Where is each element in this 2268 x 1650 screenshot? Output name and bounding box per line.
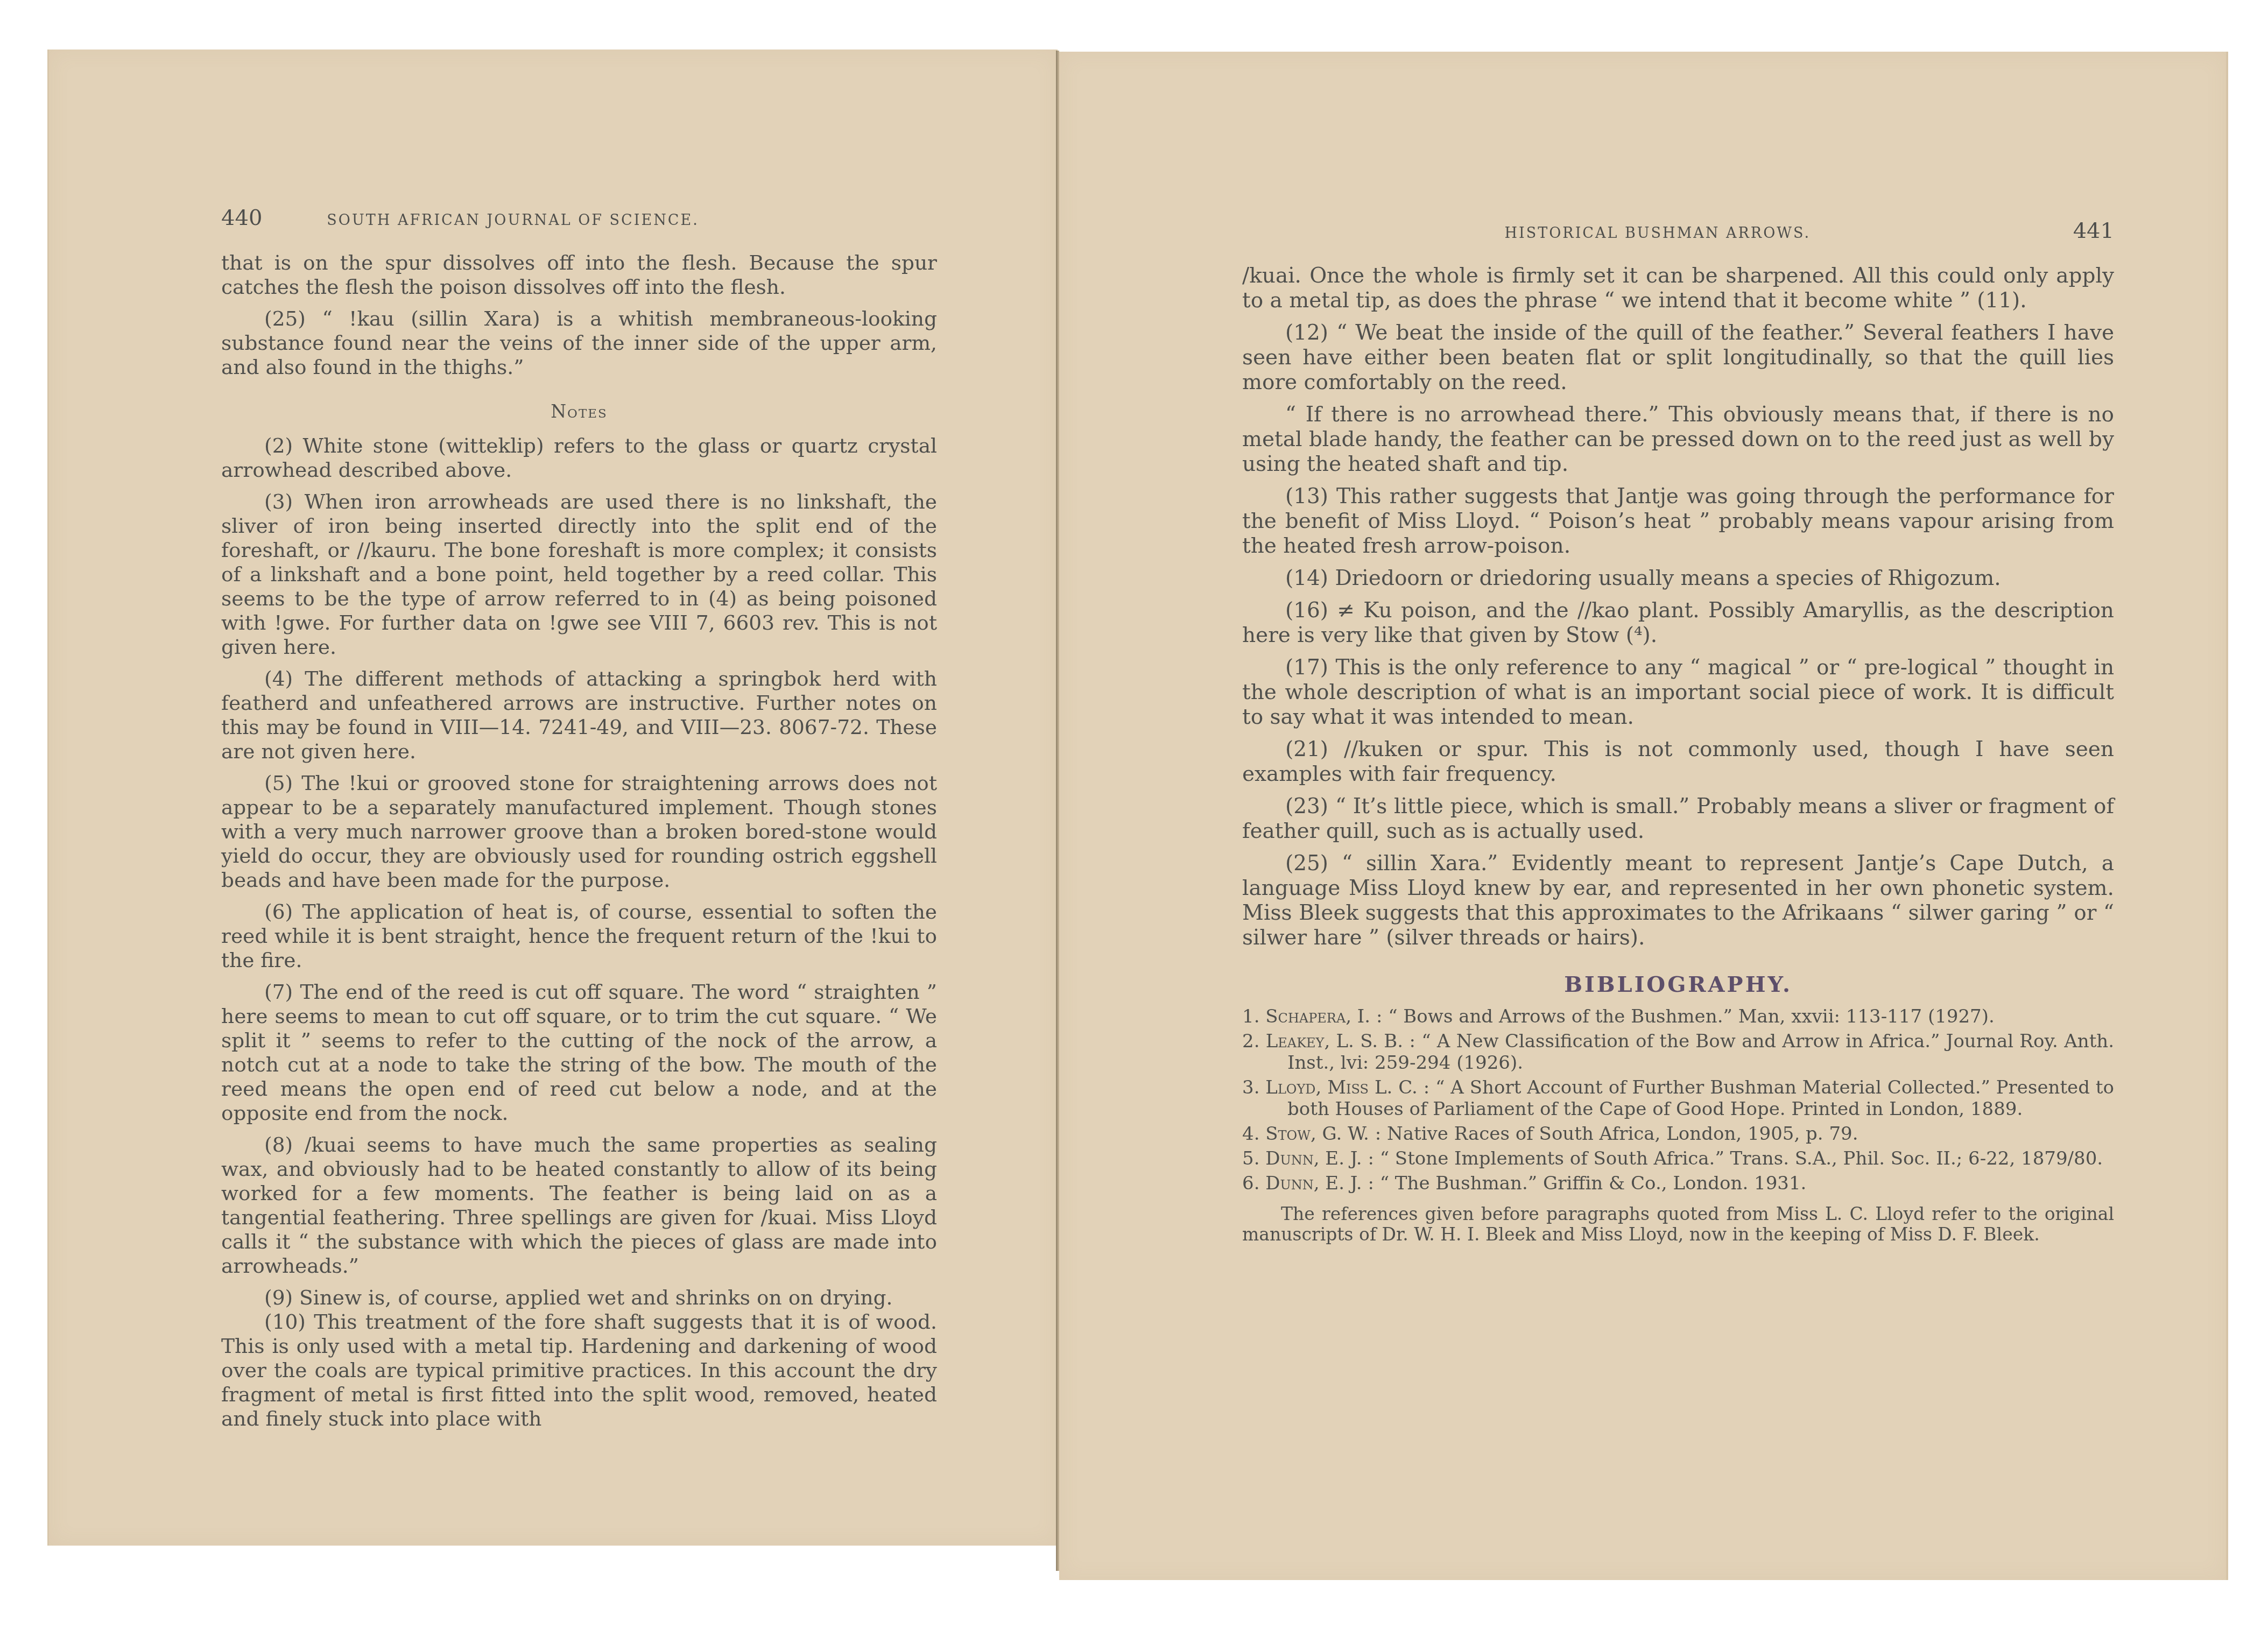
bibliography-entry: 6. Dunn, E. J. : “ The Bushman.” Griffin… (1242, 1173, 2114, 1194)
right-page: HISTORICAL BUSHMAN ARROWS. 441 /kuai. On… (1059, 52, 2228, 1580)
note-paragraph: (25) “ sillin Xara.” Evidently meant to … (1242, 851, 2114, 950)
note-paragraph: (21) //kuken or spur. This is not common… (1242, 737, 2114, 787)
notes-heading: Notes (221, 401, 937, 422)
bibliography-entry: 1. Schapera, I. : “ Bows and Arrows of t… (1242, 1006, 2114, 1027)
entry-author: Leakey, L. S. B. (1266, 1031, 1403, 1052)
bibliography-list: 1. Schapera, I. : “ Bows and Arrows of t… (1242, 1006, 2114, 1194)
entry-citation: : “ The Bushman.” Griffin & Co., London.… (1362, 1173, 1807, 1194)
bibliography-heading: BIBLIOGRAPHY. (1242, 972, 2114, 997)
entry-number: 2. (1242, 1031, 1266, 1052)
closing-note: The references given before paragraphs q… (1242, 1204, 2114, 1245)
entry-number: 6. (1242, 1173, 1265, 1194)
note-paragraph: (4) The different methods of attacking a… (221, 667, 937, 764)
page-number: 441 (2073, 218, 2114, 243)
body-paragraph: that is on the spur dissolves off into t… (221, 251, 937, 299)
note-paragraph: (5) The !kui or grooved stone for straig… (221, 771, 937, 892)
entry-author: Lloyd, Miss L. C. (1265, 1077, 1418, 1098)
left-page-content: 440 SOUTH AFRICAN JOURNAL OF SCIENCE. th… (221, 206, 937, 1439)
bibliography-entry: 4. Stow, G. W. : Native Races of South A… (1242, 1123, 2114, 1145)
note-paragraph: (7) The end of the reed is cut off squar… (221, 980, 937, 1125)
note-paragraph: (10) This treatment of the fore shaft su… (221, 1310, 937, 1431)
running-header-left: 440 SOUTH AFRICAN JOURNAL OF SCIENCE. (221, 206, 937, 230)
entry-citation: : Native Races of South Africa, London, … (1369, 1123, 1858, 1145)
entry-author: Dunn, E. J. (1265, 1173, 1362, 1194)
note-paragraph: (17) This is the only reference to any “… (1242, 655, 2114, 730)
note-paragraph: (16) ≠ Ku poison, and the //kao plant. P… (1242, 598, 2114, 648)
note-paragraph: (2) White stone (witteklip) refers to th… (221, 434, 937, 482)
running-header-right: HISTORICAL BUSHMAN ARROWS. 441 (1242, 218, 2114, 243)
left-page: 440 SOUTH AFRICAN JOURNAL OF SCIENCE. th… (47, 50, 1058, 1546)
entry-author: Stow, G. W. (1265, 1123, 1369, 1145)
bibliography-entry: 2. Leakey, L. S. B. : “ A New Classifica… (1242, 1031, 2114, 1074)
entry-citation: : “ Stone Implements of South Africa.” T… (1362, 1148, 2103, 1169)
entry-citation: : “ Bows and Arrows of the Bushmen.” Man… (1370, 1006, 1995, 1027)
note-paragraph: (13) This rather suggests that Jantje wa… (1242, 484, 2114, 559)
running-head-title: SOUTH AFRICAN JOURNAL OF SCIENCE. (262, 212, 937, 229)
open-book-spread: 440 SOUTH AFRICAN JOURNAL OF SCIENCE. th… (47, 47, 2232, 1578)
entry-number: 4. (1242, 1123, 1265, 1145)
bibliography-entry: 5. Dunn, E. J. : “ Stone Implements of S… (1242, 1148, 2114, 1169)
note-paragraph: (9) Sinew is, of course, applied wet and… (221, 1286, 937, 1310)
bibliography-entry: 3. Lloyd, Miss L. C. : “ A Short Account… (1242, 1077, 2114, 1120)
note-paragraph: “ If there is no arrowhead there.” This … (1242, 403, 2114, 477)
body-paragraph: /kuai. Once the whole is firmly set it c… (1242, 264, 2114, 313)
running-head-title: HISTORICAL BUSHMAN ARROWS. (1242, 225, 2073, 242)
entry-author: Schapera, I. (1265, 1006, 1370, 1027)
entry-citation: : “ A New Classification of the Bow and … (1287, 1031, 2114, 1074)
note-paragraph: (3) When iron arrowheads are used there … (221, 490, 937, 659)
entry-number: 1. (1242, 1006, 1265, 1027)
note-paragraph: (23) “ It’s little piece, which is small… (1242, 794, 2114, 844)
note-paragraph: (6) The application of heat is, of cours… (221, 900, 937, 972)
entry-number: 3. (1242, 1077, 1265, 1098)
note-paragraph: (8) /kuai seems to have much the same pr… (221, 1133, 937, 1278)
right-page-content: HISTORICAL BUSHMAN ARROWS. 441 /kuai. On… (1242, 218, 2114, 1263)
page-number: 440 (221, 206, 262, 230)
entry-number: 5. (1242, 1148, 1265, 1169)
entry-author: Dunn, E. J. (1265, 1148, 1362, 1169)
body-paragraph: (25) “ !kau (sillin Xara) is a whitish m… (221, 307, 937, 379)
note-paragraph: (14) Driedoorn or driedoring usually mea… (1242, 566, 2114, 591)
note-paragraph: (12) “ We beat the inside of the quill o… (1242, 321, 2114, 395)
